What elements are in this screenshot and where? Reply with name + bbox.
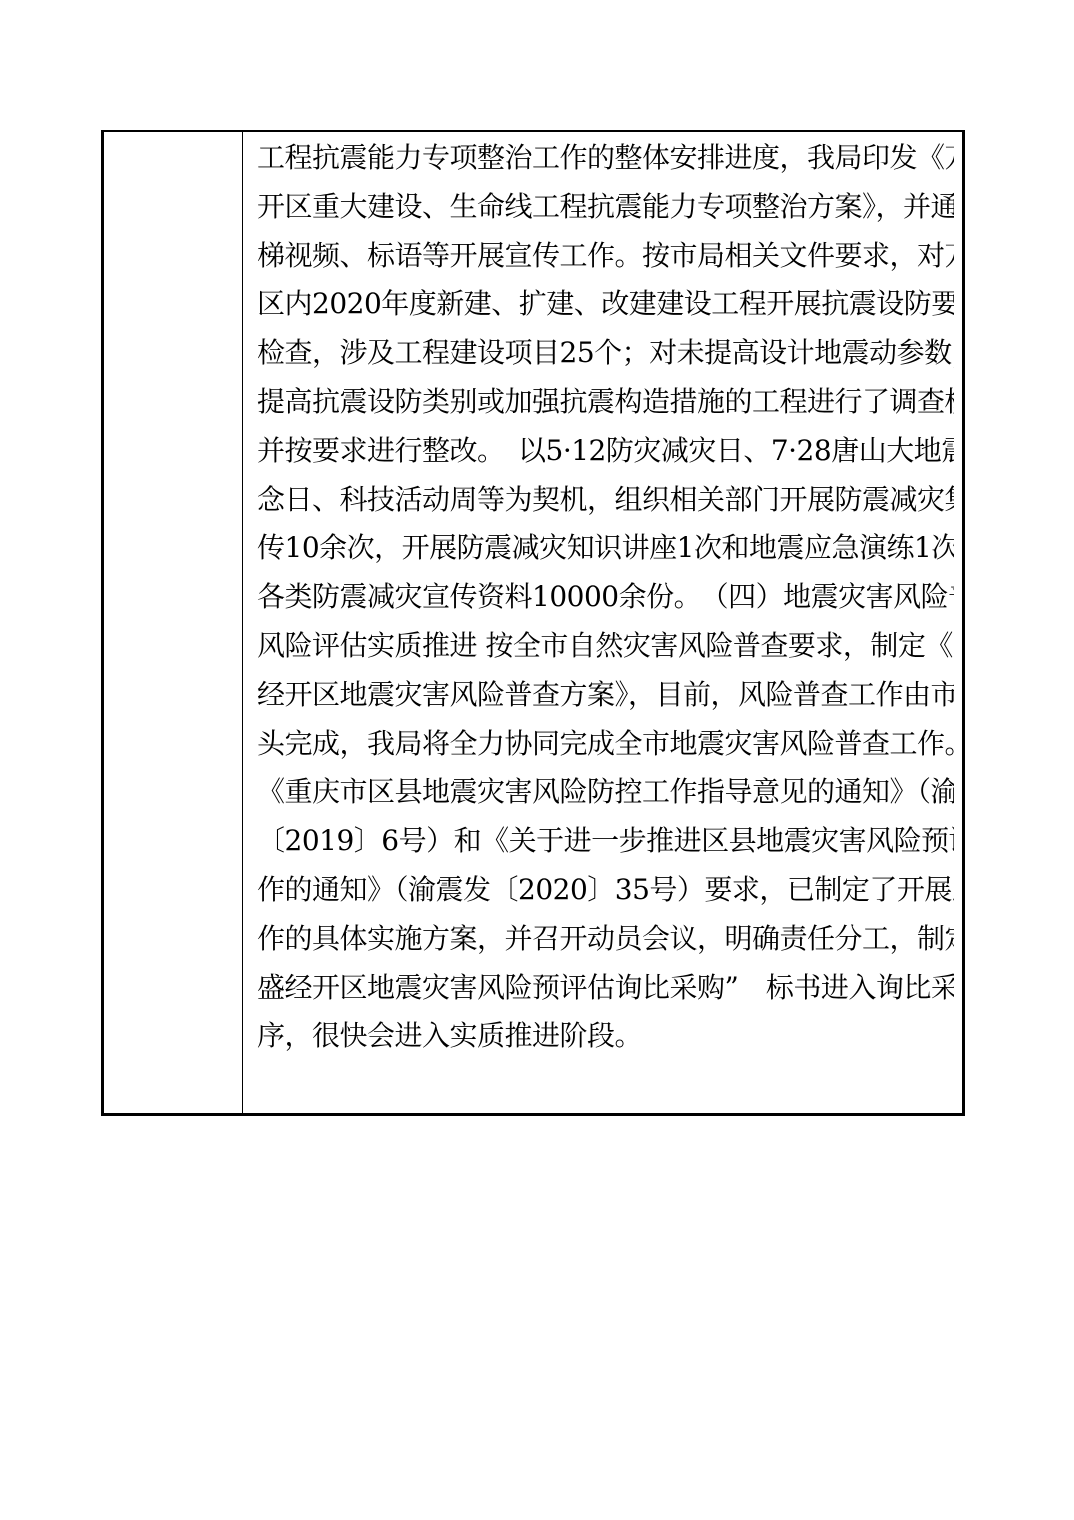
table-cell-label xyxy=(104,132,243,1113)
paragraph-line: 检查，涉及工程建设项目25个；对未提高设计地震动参数，又未 xyxy=(257,329,954,378)
paragraph-line: 〔2019〕6号）和《关于进一步推进区县地震灾害风险预评估工 xyxy=(257,817,954,866)
paragraph-line: 作的具体实施方案，并召开动员会议，明确责任分工，制定“万 xyxy=(257,915,954,964)
paragraph-line: 作的通知》（渝震发〔2020〕35号）要求，已制定了开展此项工 xyxy=(257,866,954,915)
paragraph-line: 《重庆市区县地震灾害风险防控工作指导意见的通知》（渝震联 xyxy=(257,768,954,817)
paragraph-line: 传10余次，开展防震减灾知识讲座1次和地震应急演练1次，发放 xyxy=(257,524,954,573)
table-cell-content: 工程抗震能力专项整治工作的整体安排进度，我局印发《万盛经 开区重大建设、生命线工… xyxy=(243,132,962,1113)
paragraph-line: 风险评估实质推进 按全市自然灾害风险普查要求，制定《万盛 xyxy=(257,622,954,671)
paragraph-line-last: 序，很快会进入实质推进阶段。 xyxy=(257,1012,954,1061)
report-table: 工程抗震能力专项整治工作的整体安排进度，我局印发《万盛经 开区重大建设、生命线工… xyxy=(101,130,965,1116)
paragraph-line: 头完成，我局将全力协同完成全市地震灾害风险普查工作。根据 xyxy=(257,720,954,769)
paragraph-line: 盛经开区地震灾害风险预评估询比采购” 标书进入询比采购程 xyxy=(257,964,954,1013)
paragraph-line: 各类防震减灾宣传资料10000余份。 （四）地震灾害风险普查与 xyxy=(257,573,954,622)
paragraph-line: 工程抗震能力专项整治工作的整体安排进度，我局印发《万盛经 xyxy=(257,134,954,183)
paragraph-line: 梯视频、标语等开展宣传工作。按市局相关文件要求，对万盛辖 xyxy=(257,232,954,281)
paragraph-line: 并按要求进行整改。 以5·12防灾减灾日、7·28唐山大地震纪 xyxy=(257,427,954,476)
paragraph-line: 开区重大建设、生命线工程抗震能力专项整治方案》，并通过电 xyxy=(257,183,954,232)
paragraph-line: 提高抗震设防类别或加强抗震构造措施的工程进行了调查核实， xyxy=(257,378,954,427)
paragraph-line: 区内2020年度新建、扩建、改建建设工程开展抗震设防要求监管 xyxy=(257,280,954,329)
paragraph-line: 念日、科技活动周等为契机，组织相关部门开展防震减灾集中宣 xyxy=(257,476,954,525)
document-page: 工程抗震能力专项整治工作的整体安排进度，我局印发《万盛经 开区重大建设、生命线工… xyxy=(0,0,1074,1520)
paragraph-line: 经开区地震灾害风险普查方案》，目前，风险普查工作由市局牵 xyxy=(257,671,954,720)
